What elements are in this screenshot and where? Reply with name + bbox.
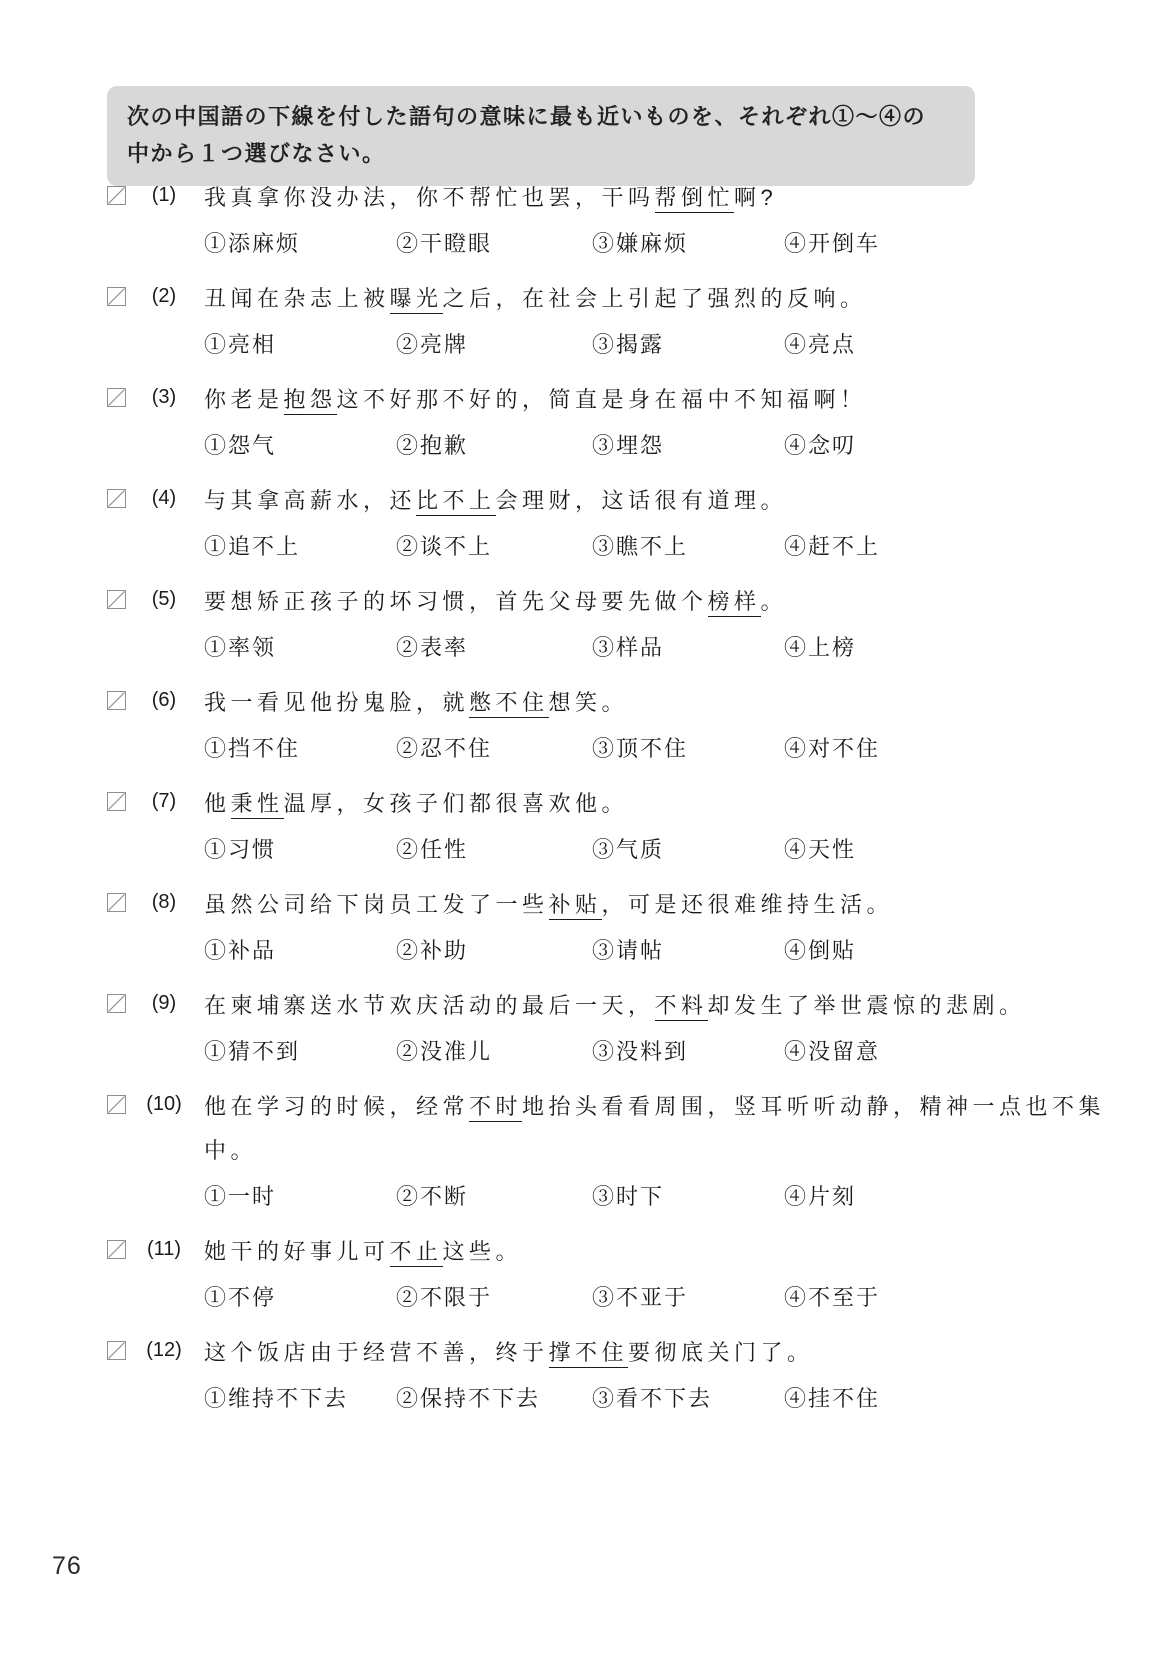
sentence-post: 。 xyxy=(761,589,788,614)
option-3: ③嫌麻烦 xyxy=(592,224,784,264)
sentence-post: 想笑。 xyxy=(549,690,629,715)
option-row: ①添麻烦 ②干瞪眼 ③嫌麻烦 ④开倒车 xyxy=(204,224,1112,264)
question-sentence: 虽然公司给下岗员工发了一些补贴，可是还很难维持生活。 xyxy=(204,883,1112,927)
option-2: ②忍不住 xyxy=(396,729,592,769)
question-number: (3) xyxy=(141,378,187,409)
option-3: ③请帖 xyxy=(592,931,784,971)
sentence-pre: 他在学习的时候，经常 xyxy=(204,1094,469,1119)
question-sentence: 这个饭店由于经营不善，终于撑不住要彻底关门了。 xyxy=(204,1331,1112,1375)
option-1: ①维持不下去 xyxy=(204,1379,396,1419)
question-number: (12) xyxy=(141,1331,187,1362)
option-2: ②亮牌 xyxy=(396,325,592,365)
sentence-post: 之后，在社会上引起了强烈的反响。 xyxy=(443,286,867,311)
option-3: ③瞧不上 xyxy=(592,527,784,567)
question-block: (9) 在柬埔寨送水节欢庆活动的最后一天，不料却发生了举世震惊的悲剧。 ①猜不到… xyxy=(107,984,1112,1072)
question-block: (1) 我真拿你没办法，你不帮忙也罢，干吗帮倒忙啊? ①添麻烦 ②干瞪眼 ③嫌麻… xyxy=(107,176,1112,264)
question-sentence: 与其拿高薪水，还比不上会理财，这话很有道理。 xyxy=(204,479,1112,523)
sentence-post: 却发生了举世震惊的悲剧。 xyxy=(708,993,1026,1018)
option-3: ③时下 xyxy=(592,1177,784,1217)
question-number: (8) xyxy=(141,883,187,914)
page-number: 76 xyxy=(52,1552,82,1581)
option-2: ②谈不上 xyxy=(396,527,592,567)
sentence-underlined: 曝光 xyxy=(390,286,443,314)
checkbox-icon xyxy=(107,590,126,609)
option-4: ④开倒车 xyxy=(784,224,1112,264)
option-3: ③揭露 xyxy=(592,325,784,365)
question-body: 他在学习的时候，经常不时地抬头看看周围，竖耳听听动静，精神一点也不集中。 ①一时… xyxy=(204,1085,1112,1217)
option-2: ②保持不下去 xyxy=(396,1379,592,1419)
option-4: ④没留意 xyxy=(784,1032,1112,1072)
sentence-underlined: 补贴 xyxy=(549,892,602,920)
sentence-post: 会理财，这话很有道理。 xyxy=(496,488,788,513)
question-number: (6) xyxy=(141,681,187,712)
option-row: ①不停 ②不限于 ③不亚于 ④不至于 xyxy=(204,1278,1112,1318)
option-4: ④亮点 xyxy=(784,325,1112,365)
question-sentence: 她干的好事儿可不止这些。 xyxy=(204,1230,1112,1274)
option-row: ①补品 ②补助 ③请帖 ④倒贴 xyxy=(204,931,1112,971)
checkbox-icon xyxy=(107,792,126,811)
question-number: (10) xyxy=(141,1085,187,1116)
checkbox-icon xyxy=(107,893,126,912)
sentence-pre: 丑闻在杂志上被 xyxy=(204,286,390,311)
question-number: (7) xyxy=(141,782,187,813)
question-sentence: 丑闻在杂志上被曝光之后，在社会上引起了强烈的反响。 xyxy=(204,277,1112,321)
option-3: ③不亚于 xyxy=(592,1278,784,1318)
sentence-post: 温厚，女孩子们都很喜欢他。 xyxy=(284,791,629,816)
option-4: ④挂不住 xyxy=(784,1379,1112,1419)
sentence-post: 要彻底关门了。 xyxy=(628,1340,814,1365)
option-row: ①追不上 ②谈不上 ③瞧不上 ④赶不上 xyxy=(204,527,1112,567)
option-2: ②不限于 xyxy=(396,1278,592,1318)
option-4: ④天性 xyxy=(784,830,1112,870)
checkbox-icon xyxy=(107,691,126,710)
option-1: ①猜不到 xyxy=(204,1032,396,1072)
question-block: (4) 与其拿高薪水，还比不上会理财，这话很有道理。 ①追不上 ②谈不上 ③瞧不… xyxy=(107,479,1112,567)
question-block: (11) 她干的好事儿可不止这些。 ①不停 ②不限于 ③不亚于 ④不至于 xyxy=(107,1230,1112,1318)
sentence-pre: 这个饭店由于经营不善，终于 xyxy=(204,1340,549,1365)
option-1: ①添麻烦 xyxy=(204,224,396,264)
option-1: ①亮相 xyxy=(204,325,396,365)
question-block: (8) 虽然公司给下岗员工发了一些补贴，可是还很难维持生活。 ①补品 ②补助 ③… xyxy=(107,883,1112,971)
checkbox-icon xyxy=(107,994,126,1013)
question-body: 丑闻在杂志上被曝光之后，在社会上引起了强烈的反响。 ①亮相 ②亮牌 ③揭露 ④亮… xyxy=(204,277,1112,365)
option-2: ②补助 xyxy=(396,931,592,971)
sentence-underlined: 不止 xyxy=(390,1239,443,1267)
question-number: (9) xyxy=(141,984,187,1015)
option-1: ①追不上 xyxy=(204,527,396,567)
option-4: ④不至于 xyxy=(784,1278,1112,1318)
sentence-pre: 我真拿你没办法，你不帮忙也罢，干吗 xyxy=(204,185,655,210)
checkbox-icon xyxy=(107,1240,126,1259)
sentence-underlined: 不时 xyxy=(469,1094,522,1122)
option-1: ①补品 xyxy=(204,931,396,971)
question-block: (2) 丑闻在杂志上被曝光之后，在社会上引起了强烈的反响。 ①亮相 ②亮牌 ③揭… xyxy=(107,277,1112,365)
option-1: ①不停 xyxy=(204,1278,396,1318)
question-list: (1) 我真拿你没办法，你不帮忙也罢，干吗帮倒忙啊? ①添麻烦 ②干瞪眼 ③嫌麻… xyxy=(107,176,1112,1432)
question-body: 与其拿高薪水，还比不上会理财，这话很有道理。 ①追不上 ②谈不上 ③瞧不上 ④赶… xyxy=(204,479,1112,567)
question-sentence: 他秉性温厚，女孩子们都很喜欢他。 xyxy=(204,782,1112,826)
question-number: (5) xyxy=(141,580,187,611)
option-row: ①挡不住 ②忍不住 ③顶不住 ④对不住 xyxy=(204,729,1112,769)
option-3: ③气质 xyxy=(592,830,784,870)
sentence-pre: 你老是 xyxy=(204,387,284,412)
sentence-underlined: 撑不住 xyxy=(549,1340,629,1368)
option-row: ①习惯 ②任性 ③气质 ④天性 xyxy=(204,830,1112,870)
question-number: (2) xyxy=(141,277,187,308)
question-body: 他秉性温厚，女孩子们都很喜欢他。 ①习惯 ②任性 ③气质 ④天性 xyxy=(204,782,1112,870)
option-4: ④赶不上 xyxy=(784,527,1112,567)
option-4: ④片刻 xyxy=(784,1177,1112,1217)
sentence-post: 这些。 xyxy=(443,1239,523,1264)
sentence-pre: 在柬埔寨送水节欢庆活动的最后一天， xyxy=(204,993,655,1018)
checkbox-icon xyxy=(107,287,126,306)
option-1: ①挡不住 xyxy=(204,729,396,769)
sentence-post: 这不好那不好的，简直是身在福中不知福啊！ xyxy=(337,387,867,412)
sentence-pre: 要想矫正孩子的坏习惯，首先父母要先做个 xyxy=(204,589,708,614)
question-body: 我一看见他扮鬼脸，就憋不住想笑。 ①挡不住 ②忍不住 ③顶不住 ④对不住 xyxy=(204,681,1112,769)
sentence-pre: 她干的好事儿可 xyxy=(204,1239,390,1264)
option-1: ①率领 xyxy=(204,628,396,668)
checkbox-icon xyxy=(107,489,126,508)
question-block: (6) 我一看见他扮鬼脸，就憋不住想笑。 ①挡不住 ②忍不住 ③顶不住 ④对不住 xyxy=(107,681,1112,769)
option-3: ③顶不住 xyxy=(592,729,784,769)
sentence-post: ，可是还很难维持生活。 xyxy=(602,892,894,917)
option-row: ①一时 ②不断 ③时下 ④片刻 xyxy=(204,1177,1112,1217)
option-3: ③埋怨 xyxy=(592,426,784,466)
instruction-line-1: 次の中国語の下線を付した語句の意味に最も近いものを、それぞれ①～④の xyxy=(127,98,955,135)
option-1: ①习惯 xyxy=(204,830,396,870)
question-body: 你老是抱怨这不好那不好的，简直是身在福中不知福啊！ ①怨气 ②抱歉 ③埋怨 ④念… xyxy=(204,378,1112,466)
question-sentence: 我真拿你没办法，你不帮忙也罢，干吗帮倒忙啊? xyxy=(204,176,1112,220)
question-body: 这个饭店由于经营不善，终于撑不住要彻底关门了。 ①维持不下去 ②保持不下去 ③看… xyxy=(204,1331,1112,1419)
option-1: ①一时 xyxy=(204,1177,396,1217)
checkbox-icon xyxy=(107,186,126,205)
option-row: ①率领 ②表率 ③样品 ④上榜 xyxy=(204,628,1112,668)
option-3: ③看不下去 xyxy=(592,1379,784,1419)
option-2: ②干瞪眼 xyxy=(396,224,592,264)
question-body: 要想矫正孩子的坏习惯，首先父母要先做个榜样。 ①率领 ②表率 ③样品 ④上榜 xyxy=(204,580,1112,668)
question-block: (12) 这个饭店由于经营不善，终于撑不住要彻底关门了。 ①维持不下去 ②保持不… xyxy=(107,1331,1112,1419)
option-4: ④对不住 xyxy=(784,729,1112,769)
checkbox-icon xyxy=(107,1095,126,1114)
option-2: ②抱歉 xyxy=(396,426,592,466)
question-body: 虽然公司给下岗员工发了一些补贴，可是还很难维持生活。 ①补品 ②补助 ③请帖 ④… xyxy=(204,883,1112,971)
sentence-underlined: 不料 xyxy=(655,993,708,1021)
question-block: (10) 他在学习的时候，经常不时地抬头看看周围，竖耳听听动静，精神一点也不集中… xyxy=(107,1085,1112,1217)
sentence-pre: 虽然公司给下岗员工发了一些 xyxy=(204,892,549,917)
sentence-pre: 他 xyxy=(204,791,231,816)
option-row: ①怨气 ②抱歉 ③埋怨 ④念叨 xyxy=(204,426,1112,466)
question-block: (7) 他秉性温厚，女孩子们都很喜欢他。 ①习惯 ②任性 ③气质 ④天性 xyxy=(107,782,1112,870)
option-3: ③样品 xyxy=(592,628,784,668)
sentence-underlined: 帮倒忙 xyxy=(655,185,735,213)
sentence-underlined: 秉性 xyxy=(231,791,284,819)
question-body: 我真拿你没办法，你不帮忙也罢，干吗帮倒忙啊? ①添麻烦 ②干瞪眼 ③嫌麻烦 ④开… xyxy=(204,176,1112,264)
sentence-underlined: 憋不住 xyxy=(469,690,549,718)
sentence-pre: 我一看见他扮鬼脸，就 xyxy=(204,690,469,715)
question-number: (1) xyxy=(141,176,187,207)
question-sentence: 在柬埔寨送水节欢庆活动的最后一天，不料却发生了举世震惊的悲剧。 xyxy=(204,984,1112,1028)
option-2: ②没准儿 xyxy=(396,1032,592,1072)
instruction-box: 次の中国語の下線を付した語句の意味に最も近いものを、それぞれ①～④の 中から１つ… xyxy=(107,86,975,186)
option-2: ②表率 xyxy=(396,628,592,668)
sentence-underlined: 抱怨 xyxy=(284,387,337,415)
question-number: (11) xyxy=(141,1230,187,1261)
question-sentence: 他在学习的时候，经常不时地抬头看看周围，竖耳听听动静，精神一点也不集中。 xyxy=(204,1085,1112,1173)
question-block: (3) 你老是抱怨这不好那不好的，简直是身在福中不知福啊！ ①怨气 ②抱歉 ③埋… xyxy=(107,378,1112,466)
option-4: ④倒贴 xyxy=(784,931,1112,971)
question-body: 她干的好事儿可不止这些。 ①不停 ②不限于 ③不亚于 ④不至于 xyxy=(204,1230,1112,1318)
question-number: (4) xyxy=(141,479,187,510)
option-2: ②不断 xyxy=(396,1177,592,1217)
sentence-post: 啊? xyxy=(734,185,777,210)
sentence-underlined: 比不上 xyxy=(416,488,496,516)
question-sentence: 你老是抱怨这不好那不好的，简直是身在福中不知福啊！ xyxy=(204,378,1112,422)
option-row: ①维持不下去 ②保持不下去 ③看不下去 ④挂不住 xyxy=(204,1379,1112,1419)
question-body: 在柬埔寨送水节欢庆活动的最后一天，不料却发生了举世震惊的悲剧。 ①猜不到 ②没准… xyxy=(204,984,1112,1072)
checkbox-icon xyxy=(107,388,126,407)
option-row: ①猜不到 ②没准儿 ③没料到 ④没留意 xyxy=(204,1032,1112,1072)
question-sentence: 我一看见他扮鬼脸，就憋不住想笑。 xyxy=(204,681,1112,725)
option-row: ①亮相 ②亮牌 ③揭露 ④亮点 xyxy=(204,325,1112,365)
checkbox-icon xyxy=(107,1341,126,1360)
option-4: ④念叨 xyxy=(784,426,1112,466)
option-4: ④上榜 xyxy=(784,628,1112,668)
option-3: ③没料到 xyxy=(592,1032,784,1072)
sentence-underlined: 榜样 xyxy=(708,589,761,617)
question-sentence: 要想矫正孩子的坏习惯，首先父母要先做个榜样。 xyxy=(204,580,1112,624)
instruction-line-2: 中から１つ選びなさい。 xyxy=(127,135,955,172)
option-2: ②任性 xyxy=(396,830,592,870)
sentence-pre: 与其拿高薪水，还 xyxy=(204,488,416,513)
option-1: ①怨气 xyxy=(204,426,396,466)
question-block: (5) 要想矫正孩子的坏习惯，首先父母要先做个榜样。 ①率领 ②表率 ③样品 ④… xyxy=(107,580,1112,668)
